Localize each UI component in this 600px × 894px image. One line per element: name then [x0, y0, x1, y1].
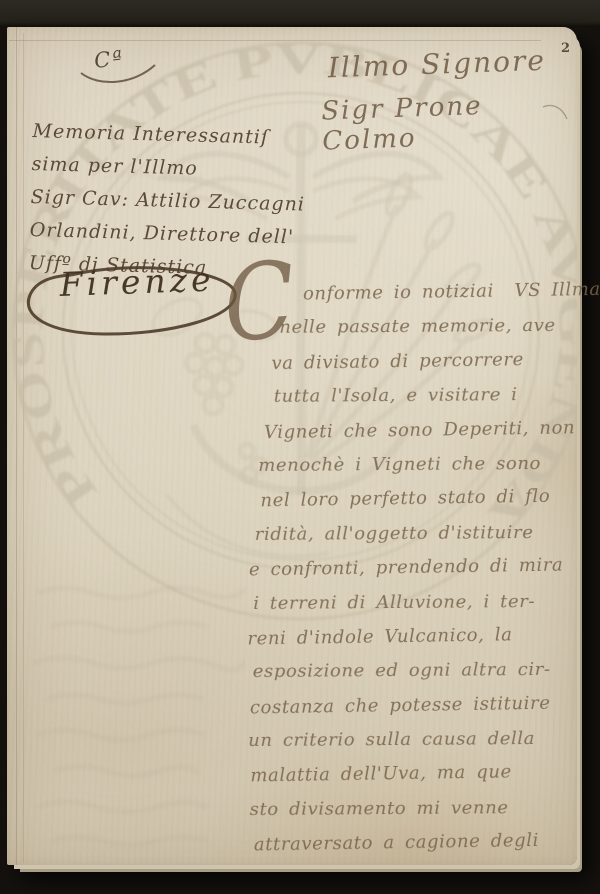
- body-line: i terreni di Alluvione, i ter-: [247, 590, 577, 627]
- salutation-line-1: Illmo Signore: [327, 43, 576, 85]
- right-wing-icon: [313, 154, 439, 201]
- place-name-firenze: Firenze: [59, 260, 215, 304]
- right-wing-feathers-icon: [313, 179, 419, 219]
- manuscript-page: PROSPERITATE PVBLICAE AVGENDAE: [7, 27, 577, 865]
- body-line: onforme io notiziai VS Illma: [245, 279, 575, 319]
- body-line: esposizione ed ogni altra cir-: [248, 659, 578, 696]
- body-line: nel loro perfetto stato di flo: [246, 486, 576, 526]
- letter-body: onforme io notiziai VS Illma nelle passa…: [245, 281, 579, 868]
- body-line: costanza che potesse istituire: [248, 692, 578, 732]
- body-line: nelle passate memorie, ave: [245, 315, 575, 352]
- photo-background-top-band: [0, 0, 600, 27]
- body-line: va divisato di percorrere: [245, 348, 575, 388]
- body-line: attraversato a cagione degli: [249, 829, 579, 869]
- body-line: reni d'indole Vulcanico, la: [247, 623, 577, 663]
- page-top-edge-crease: [9, 40, 541, 41]
- body-line: Vigneti che sono Deperiti, non: [246, 417, 576, 457]
- body-line: ridità, all'oggetto d'istituire: [247, 521, 577, 558]
- salutation-block: Illmo Signore Sigr Prone Colmo: [327, 43, 579, 157]
- salutation-line-2: Sigr Prone Colmo: [321, 88, 579, 157]
- body-line: sto divisamento mi venne: [249, 797, 579, 834]
- body-line: e confronti, prendendo di mira: [247, 554, 577, 594]
- body-line: tutta l'Isola, e visitare i: [246, 384, 576, 421]
- body-line: un criterio sulla causa della: [248, 728, 578, 765]
- body-line: malattia dell'Uva, ma que: [248, 761, 578, 801]
- body-line: menochè i Vigneti che sono: [246, 453, 576, 490]
- page-left-edge-crease-2: [23, 33, 24, 863]
- page-left-edge-crease: [16, 27, 17, 865]
- corner-docket-mark: Cª: [93, 46, 125, 73]
